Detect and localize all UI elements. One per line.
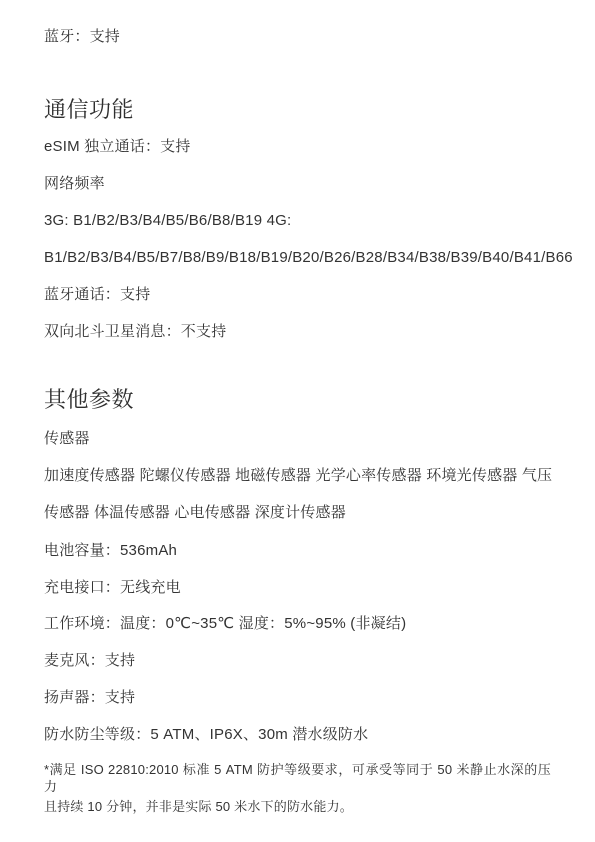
spec-line-3g-bands: 3G: B1/B2/B3/B4/B5/B6/B8/B19 4G: <box>44 211 291 230</box>
spec-line-network-frequency-label: 网络频率 <box>44 174 105 193</box>
spec-line-speaker: 扬声器：支持 <box>44 688 135 707</box>
spec-line-bluetooth: 蓝牙：支持 <box>44 27 120 46</box>
spec-line-sensors-list-1: 加速度传感器 陀螺仪传感器 地磁传感器 光学心率传感器 环境光传感器 气压 <box>44 466 552 485</box>
spec-line-charging-port: 充电接口：无线充电 <box>44 578 181 597</box>
spec-line-operating-environment: 工作环境：温度：0℃~35℃ 湿度：5%~95% (非凝结) <box>44 614 406 633</box>
section-title-other-params: 其他参数 <box>44 386 134 414</box>
spec-line-water-dust-resistance: 防水防尘等级：5 ATM、IP6X、30m 潜水级防水 <box>44 725 368 744</box>
footnote-water-resistance-line-1: *满足 ISO 22810:2010 标准 5 ATM 防护等级要求，可承受等同… <box>44 761 551 795</box>
spec-line-beidou-satellite-message: 双向北斗卫星消息：不支持 <box>44 322 226 341</box>
footnote-water-resistance-line-2: 且持续 10 分钟，并非是实际 50 米水下的防水能力。 <box>44 798 353 815</box>
spec-line-sensors-label: 传感器 <box>44 429 90 448</box>
spec-line-esim-call: eSIM 独立通话：支持 <box>44 137 191 156</box>
spec-line-battery-capacity: 电池容量：536mAh <box>44 541 177 560</box>
spec-line-4g-bands: B1/B2/B3/B4/B5/B7/B8/B9/B18/B19/B20/B26/… <box>44 248 573 267</box>
document-page: 蓝牙：支持 通信功能 eSIM 独立通话：支持 网络频率 3G: B1/B2/B… <box>0 0 595 842</box>
spec-line-microphone: 麦克风：支持 <box>44 651 135 670</box>
section-title-communication: 通信功能 <box>44 96 134 124</box>
spec-line-sensors-list-2: 传感器 体温传感器 心电传感器 深度计传感器 <box>44 503 346 522</box>
spec-line-bluetooth-call: 蓝牙通话：支持 <box>44 285 150 304</box>
